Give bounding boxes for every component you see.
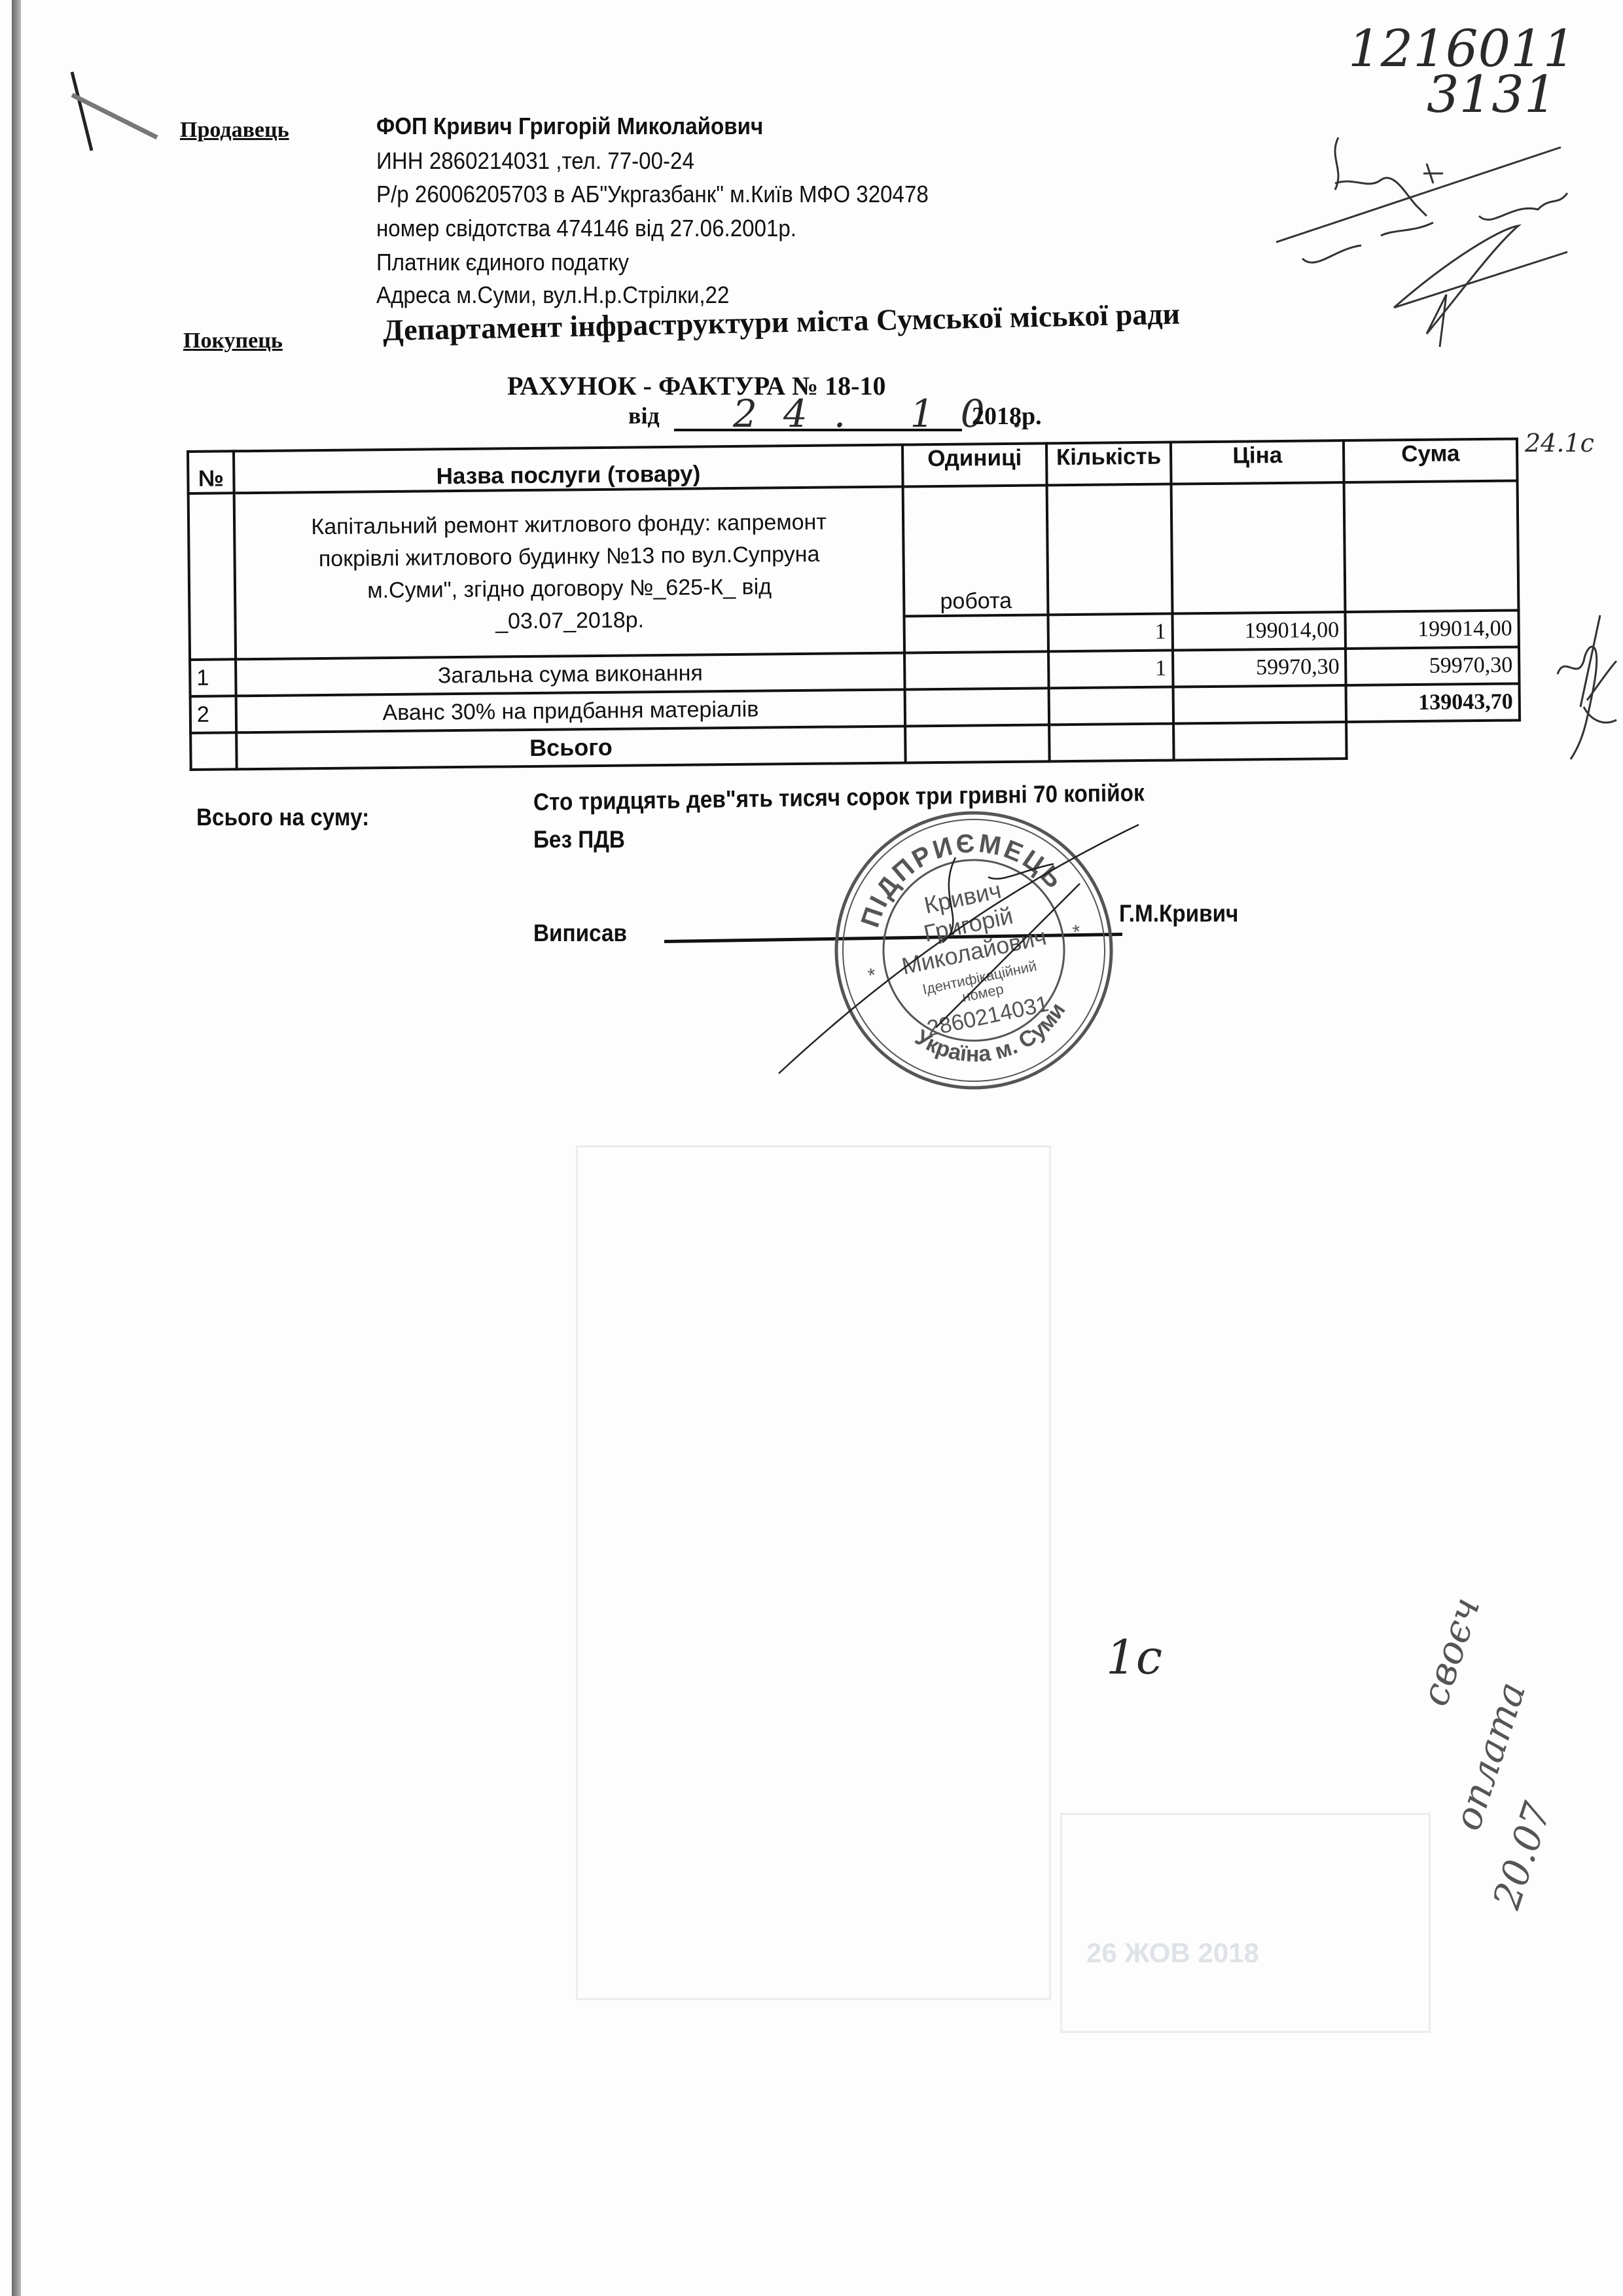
seller-name: ФОП Кривич Григорій Миколайович — [376, 109, 763, 143]
bleed-through-stamp-box — [1060, 1813, 1431, 2033]
row-unit — [904, 651, 1048, 689]
handwritten-reg-code: 3131 — [1427, 65, 1557, 124]
table-row-description: Капітальний ремонт житлового фонду: капр… — [188, 480, 1519, 622]
faded-stamp-date: 26 ЖОВ 2018 — [1086, 1937, 1259, 1969]
row-unit — [905, 688, 1049, 726]
service-description: Капітальний ремонт житлового фонду: капр… — [234, 486, 905, 659]
row-no: 1 — [190, 659, 236, 696]
vat-note: Без ПДВ — [533, 826, 625, 853]
row-price: 59970,30 — [1173, 649, 1346, 687]
description-quantity: 1 — [1048, 614, 1172, 652]
invoice-date-prefix: від — [628, 402, 660, 429]
seller-label: Продавець — [180, 118, 289, 143]
header-quantity: Кількість — [1046, 442, 1171, 486]
scan-edge — [12, 0, 21, 2296]
row-quantity: 1 — [1048, 651, 1173, 689]
invoice-date-year: 2018р. — [972, 402, 1042, 431]
seller-tax-id: ИНН 2860214031 ,тел. 77-00-24 — [376, 143, 694, 178]
total-sum: 139043,70 — [1346, 683, 1520, 722]
staple-mark-icon — [59, 65, 177, 157]
seller-certificate: номер свідотства 474146 від 27.06.2001р. — [376, 211, 796, 245]
total-label: Всього — [236, 726, 906, 769]
service-unit: робота — [903, 485, 1048, 616]
header-unit: Одиниці — [902, 443, 1046, 486]
header-sum: Сума — [1344, 439, 1517, 482]
seller-bank-account: Р/р 26006205703 в АБ"Укргазбанк" м.Київ … — [376, 177, 929, 211]
row-price — [1173, 685, 1346, 724]
description-price: 199014,00 — [1172, 612, 1346, 651]
header-no: № — [188, 451, 234, 493]
row-name: Аванс 30% на придбання матеріалів — [236, 689, 906, 732]
handwritten-side-note-1: своєч — [1412, 1592, 1489, 1711]
invoice-table: № Назва послуги (товару) Одиниці Кількіс… — [187, 437, 1522, 771]
buyer-label: Покупець — [183, 329, 283, 353]
row-quantity — [1048, 687, 1173, 725]
issued-by-label: Виписав — [533, 920, 627, 947]
description-sum: 199014,00 — [1346, 610, 1519, 649]
header-name: Назва послуги (товару) — [234, 444, 903, 493]
issuer-signature-icon — [772, 818, 1165, 1080]
bleed-through-table — [576, 1145, 1051, 2000]
header-price: Ціна — [1171, 440, 1344, 484]
handwritten-date-mark: 24.1с — [1525, 429, 1594, 457]
row-no: 2 — [190, 696, 236, 733]
row-sum: 59970,30 — [1346, 647, 1519, 685]
row-name: Загальна сума виконання — [236, 653, 905, 696]
seller-tax-status: Платник єдиного податку — [376, 245, 629, 279]
handwritten-side-note-3: 20.07 — [1484, 1797, 1560, 1914]
amount-in-words-label: Всього на суму: — [196, 804, 369, 831]
approval-signature-icon — [1525, 569, 1623, 779]
handwritten-page-mark: 1с — [1106, 1630, 1162, 1685]
resolution-signature-icon — [1276, 118, 1623, 445]
